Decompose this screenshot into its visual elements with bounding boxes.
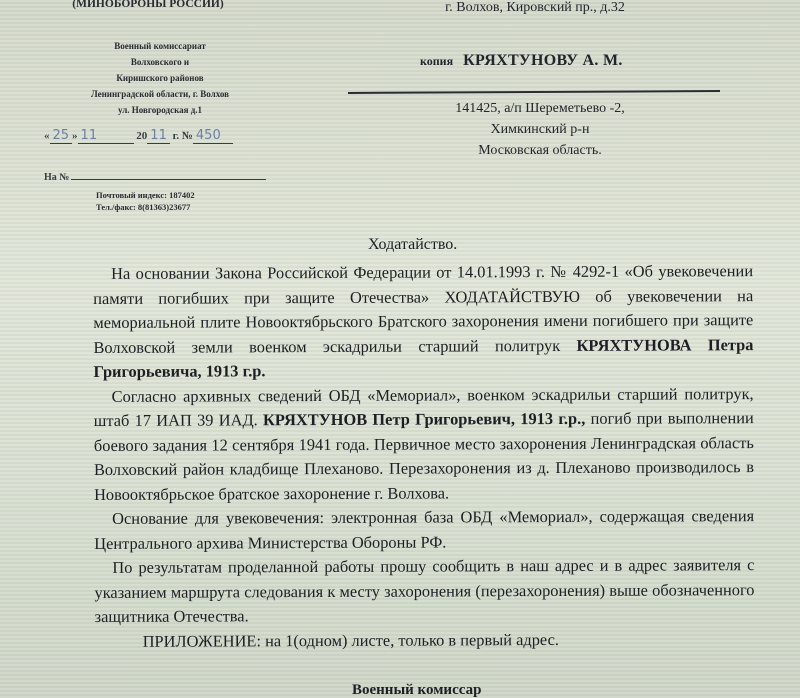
commissariat-line: Киришского районов xyxy=(50,70,270,86)
outgoing-date-number: «25»11 2011 г. №450 xyxy=(44,128,233,144)
document-page: РОССИЙСКОЙ ФЕДЕРАЦИИ (МИНОБОРОНЫ РОССИИ)… xyxy=(0,0,800,698)
date-month: 11 xyxy=(78,128,134,144)
postal-index: Почтовый индекс: 187402 xyxy=(96,189,246,201)
reference-label: На № xyxy=(44,172,69,183)
address-line: Московская область. xyxy=(400,140,680,161)
commissariat-line: Ленинградской области, г. Волхов xyxy=(50,86,270,102)
address-line: Химкинский р-н xyxy=(400,119,680,140)
letterhead-commissariat: Военный комиссариат Волховского и Киришс… xyxy=(50,38,270,118)
commissariat-line: Волховского и xyxy=(50,54,270,70)
signer-title: Военный комиссар xyxy=(352,682,481,698)
reference-field: На № xyxy=(44,172,266,183)
document-number: 450 xyxy=(193,128,233,144)
date-year-label: г. № xyxy=(173,130,193,142)
reference-line xyxy=(71,179,266,180)
copy-recipient-name: КРЯХТУНОВУ А. М. xyxy=(463,52,623,69)
document-body: На основании Закона Российской Федерации… xyxy=(93,249,755,654)
address-line: 141425, а/п Шереметьево -2, xyxy=(400,98,680,119)
date-year-prefix: 20 xyxy=(136,130,147,142)
letterhead-contacts: Почтовый индекс: 187402 Тел./факс: 8(813… xyxy=(96,189,246,213)
address-divider xyxy=(348,90,720,94)
date-year-suffix: 11 xyxy=(147,128,170,144)
commissariat-line: Военный комиссариат xyxy=(50,38,270,54)
org-line: (МИНОБОРОНЫ РОССИИ) xyxy=(48,0,248,12)
letterhead-organization: РОССИЙСКОЙ ФЕДЕРАЦИИ (МИНОБОРОНЫ РОССИИ) xyxy=(48,0,248,12)
paragraph-petition: На основании Закона Российской Федерации… xyxy=(93,259,754,384)
tel-fax: Тел./факс: 8(81363)23677 xyxy=(96,201,246,213)
recipient-primary-address: 187401 Ленинградская область г. Волхов, … xyxy=(395,0,675,17)
commissariat-line: ул. Новгородская д.1 xyxy=(50,102,270,118)
paragraph-request: По результатам проделанной работы прошу … xyxy=(94,553,754,629)
copy-label: копия xyxy=(420,54,453,68)
address-line: г. Волхов, Кировский пр., д.32 xyxy=(395,0,675,17)
paragraph-basis: Основание для увековечения: электронная … xyxy=(94,504,754,556)
person-name-bold: КРЯХТУНОВ Петр Григорьевич, 1913 г.р., xyxy=(263,409,585,429)
date-day: 25 xyxy=(50,128,73,144)
paragraph-annex: ПРИЛОЖЕНИЕ: на 1(одном) листе, только в … xyxy=(95,627,755,654)
copy-recipient: копияКРЯХТУНОВУ А. М. xyxy=(420,52,623,70)
paragraph-archive-info: Согласно архивных сведений ОБД «Мемориал… xyxy=(94,382,755,507)
copy-recipient-address: 141425, а/п Шереметьево -2, Химкинский р… xyxy=(400,98,680,161)
